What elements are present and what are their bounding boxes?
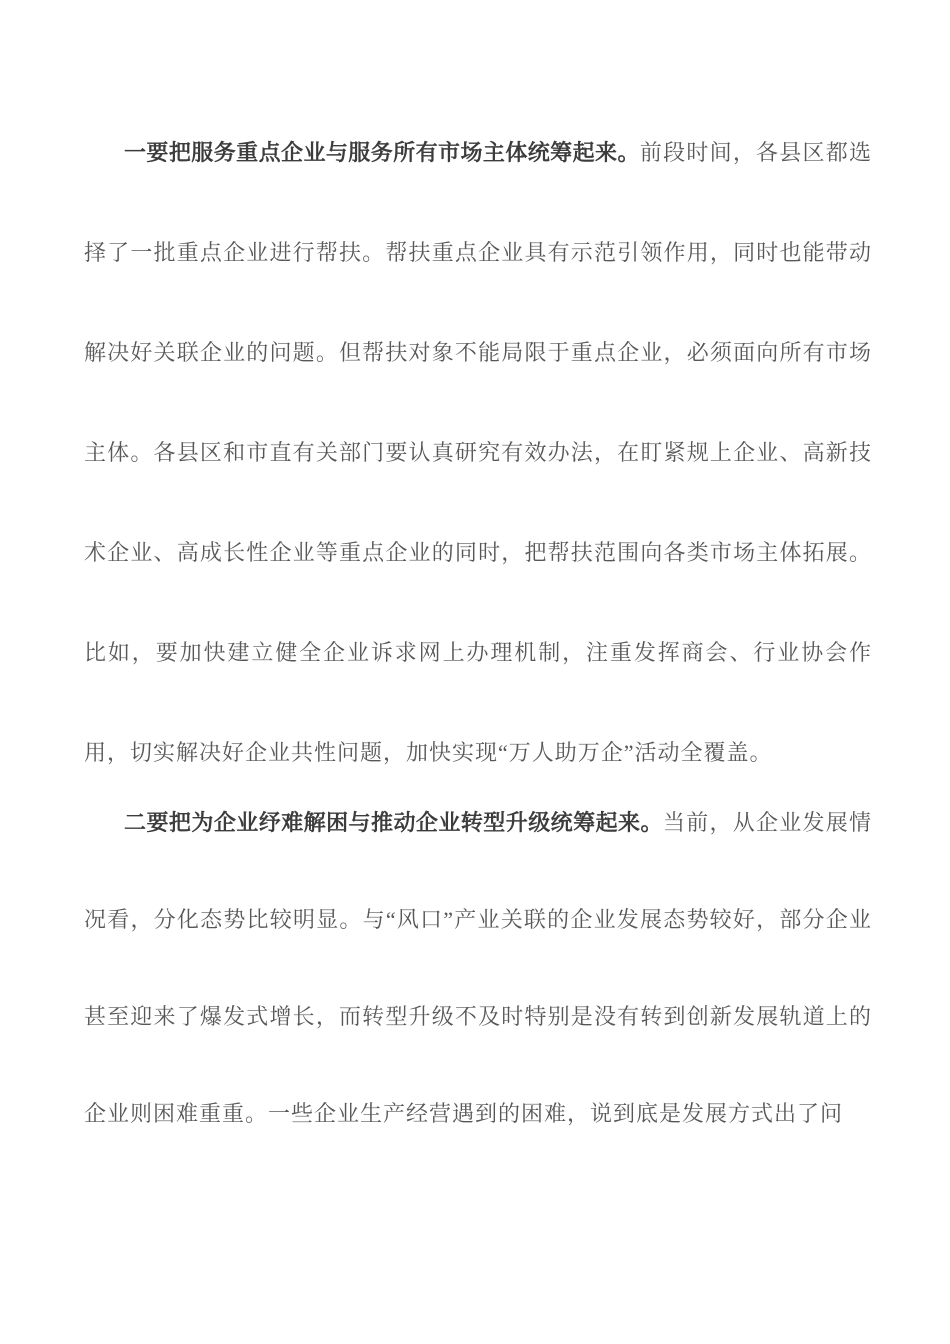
- paragraph-2-body: 当前，从企业发展情况看，分化态势比较明显。与“风口”产业关联的企业发展态势较好，…: [84, 810, 872, 1126]
- paragraph-1: 一要把服务重点企业与服务所有市场主体统筹起来。前段时间，各县区都选择了一批重点企…: [84, 103, 872, 803]
- paragraph-2: 二要把为企业纾难解困与推动企业转型升级统筹起来。当前，从企业发展情况看，分化态势…: [84, 774, 872, 1162]
- paragraph-1-lead: 一要把服务重点企业与服务所有市场主体统筹起来。: [124, 140, 640, 165]
- paragraph-2-lead: 二要把为企业纾难解困与推动企业转型升级统筹起来。: [124, 810, 663, 835]
- document-page: 一要把服务重点企业与服务所有市场主体统筹起来。前段时间，各县区都选择了一批重点企…: [0, 0, 950, 1344]
- document-content: 一要把服务重点企业与服务所有市场主体统筹起来。前段时间，各县区都选择了一批重点企…: [84, 103, 872, 1162]
- paragraph-1-body: 前段时间，各县区都选择了一批重点企业进行帮扶。帮扶重点企业具有示范引领作用，同时…: [84, 140, 872, 765]
